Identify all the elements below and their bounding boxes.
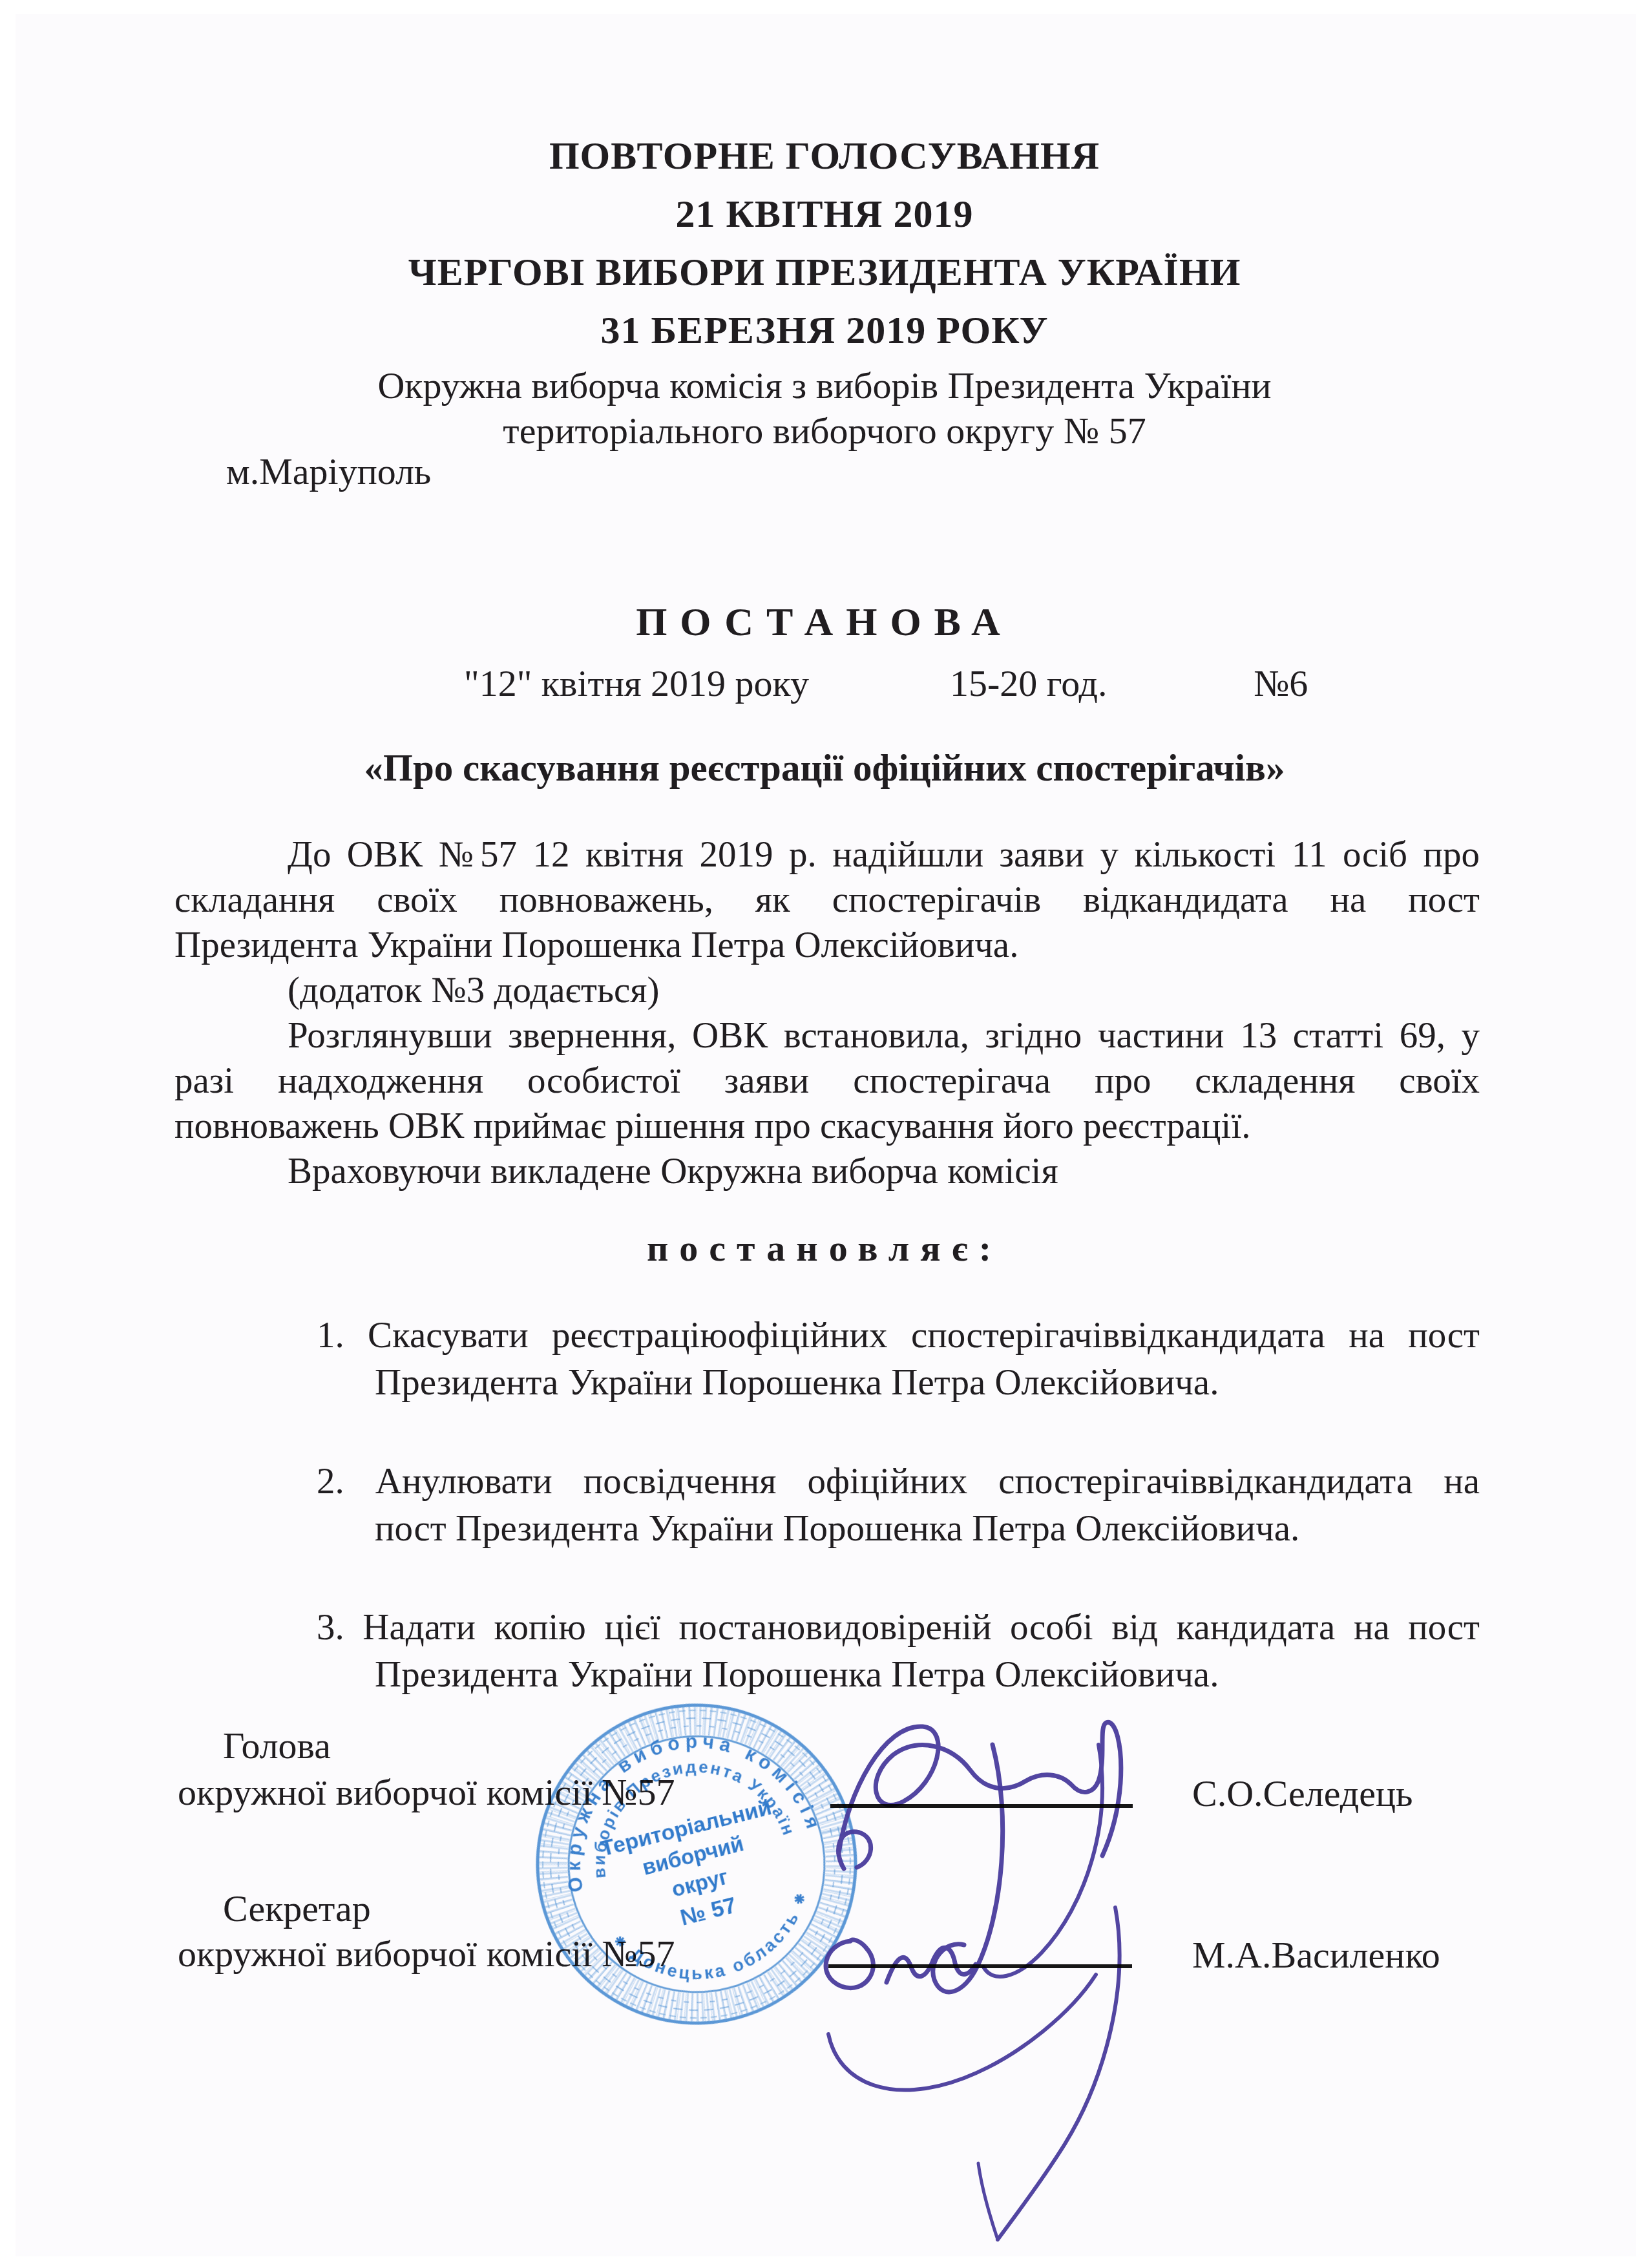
commission-title: Окружна виборча комісія з виборів Презид… [0, 363, 1649, 454]
resolution-item-3: 3. Надати копію цієї постановидовіреній … [174, 1604, 1480, 1698]
resolution-item-1: 1. Скасувати реєстраціюофіційних спостер… [174, 1312, 1480, 1406]
body-line-6: разі надходження особистої заяви спостер… [174, 1058, 1480, 1104]
commission-line-1: Окружна виборча комісія з виборів Презид… [0, 363, 1649, 408]
header-line-4: 31 БЕРЕЗНЯ 2019 РОКУ [0, 301, 1649, 359]
header-line-1: ПОВТОРНЕ ГОЛОСУВАННЯ [0, 127, 1649, 185]
body-line-3: Президента України Порошенка Петра Олекс… [174, 923, 1480, 968]
body-line-8: Враховуючи викладене Окружна виборча ком… [174, 1149, 1480, 1194]
document-type-title: ПОСТАНОВА [0, 600, 1649, 646]
resolution-subject: «Про скасування реєстрації офіційних спо… [0, 746, 1649, 790]
scanned-document-page: { "header": { "lines": [ "ПОВТОРНЕ ГОЛОС… [0, 0, 1649, 2268]
city-label: м.Маріуполь [226, 450, 431, 493]
head-role-line2: окружної виборчої комісії №57 [178, 1770, 675, 1814]
secretary-name: М.А.Василенко [1192, 1933, 1440, 1977]
body-line-1: До ОВК №57 12 квітня 2019 р. надійшли за… [174, 832, 1480, 877]
item-1-line-1: 1. Скасувати реєстраціюофіційних спостер… [375, 1312, 1480, 1359]
resolution-items: 1. Скасувати реєстраціюофіційних спостер… [174, 1312, 1480, 1750]
secretary-signature-line [828, 1964, 1132, 1968]
commission-line-2: територіального виборчого округу № 57 [0, 408, 1649, 454]
resolution-date: "12" квітня 2019 року [464, 662, 809, 705]
secretary-role-line1: Секретар [223, 1887, 371, 1930]
header-line-3: ЧЕРГОВІ ВИБОРИ ПРЕЗИДЕНТА УКРАЇНИ [0, 243, 1649, 301]
item-3-line-2: Президента України Порошенка Петра Олекс… [375, 1651, 1480, 1698]
header-line-2: 21 КВІТНЯ 2019 [0, 185, 1649, 243]
item-1-line-2: Президента України Порошенка Петра Олекс… [375, 1359, 1480, 1406]
head-name: С.О.Селедець [1192, 1772, 1413, 1815]
item-3-line-1: 3. Надати копію цієї постановидовіреній … [375, 1604, 1480, 1651]
resolution-body: До ОВК №57 12 квітня 2019 р. надійшли за… [174, 832, 1480, 1194]
item-2-line-1: 2. Анулювати посвідчення офіційних спост… [375, 1458, 1480, 1505]
resolution-item-2: 2. Анулювати посвідчення офіційних спост… [174, 1458, 1480, 1552]
resolution-number: №6 [1254, 662, 1308, 705]
election-header: ПОВТОРНЕ ГОЛОСУВАННЯ21 КВІТНЯ 2019ЧЕРГОВ… [0, 127, 1649, 359]
body-line-4: (додаток №3 додається) [174, 968, 1480, 1013]
head-signature-line [830, 1804, 1133, 1808]
resolves-heading: постановляє: [0, 1226, 1649, 1270]
item-2-line-2: пост Президента України Порошенка Петра … [375, 1505, 1480, 1552]
secretary-role-line2: окружної виборчої комісії №57 [178, 1932, 675, 1975]
date-line: "12" квітня 2019 року 15-20 год. №6 [174, 662, 1480, 713]
resolution-time: 15-20 год. [950, 662, 1108, 705]
body-line-5: Розглянувши звернення, ОВК встановила, з… [174, 1013, 1480, 1058]
body-line-7: повноважень ОВК приймає рішення про скас… [174, 1104, 1480, 1149]
head-role-line1: Голова [223, 1724, 331, 1767]
body-line-2: складання своїх повноважень, як спостері… [174, 877, 1480, 923]
